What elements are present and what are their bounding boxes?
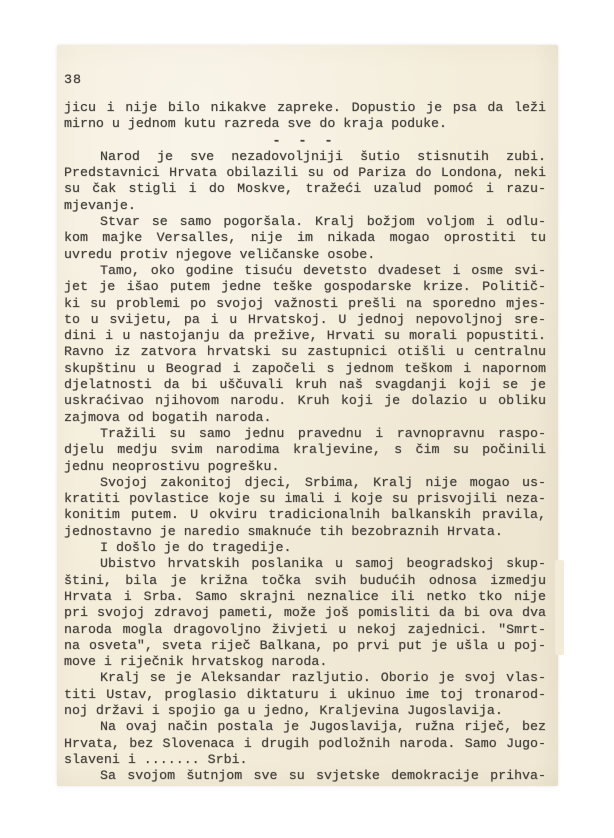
text-line: dini i u nastojanju da prežive, Hrvati s… xyxy=(64,328,546,344)
document-page: 38 jicu i nije bilo nikakve zapreke. Dop… xyxy=(57,45,558,786)
text-line: Hrvata, bez Slovenaca i drugih podložnih… xyxy=(64,736,546,752)
text-line: Narod je sve nezadovoljniji šutio stisnu… xyxy=(100,149,546,165)
text-block: jicu i nije bilo nikakve zapreke. Dopust… xyxy=(64,100,546,784)
text-line: štini, bila je križna točka svih budućih… xyxy=(64,573,546,589)
text-line: konitim putem. U okviru tradicionalnih b… xyxy=(64,507,546,523)
text-line: Ravno iz zatvora hrvatski su zastupnici … xyxy=(64,344,546,360)
text-line: Na ovaj način postala je Jugoslavija, ru… xyxy=(100,719,546,735)
text-line: Svojoj zakonitoj djeci, Srbima, Kralj ni… xyxy=(100,475,546,491)
text-line: Tamo, oko godine tisuću devetsto dvadese… xyxy=(100,263,546,279)
text-line: Stvar se samo pogoršala. Kralj božjom vo… xyxy=(100,214,546,230)
text-line: su čak stigli i do Moskve, tražeći uzalu… xyxy=(64,181,546,197)
text-line: jednostavno je naredio smaknuće tih bezo… xyxy=(64,524,546,540)
text-line: Tražili su samo jednu pravednu i ravnopr… xyxy=(100,426,546,442)
text-line: uskraćivao njihovom narodu. Kruh koji je… xyxy=(64,393,546,409)
text-line: Hrvata i Srba. Samo skrajni neznalice il… xyxy=(64,589,546,605)
text-line: mjevanje. xyxy=(64,198,546,214)
text-line: Sa svojom šutnjom sve su svjetske demokr… xyxy=(100,768,546,784)
text-line: uvredu protiv njegove veličanske osobe. xyxy=(64,247,546,263)
text-line: jednu neoprostivu pogrešku. xyxy=(64,459,546,475)
text-line: mirno u jednom kutu razreda sve do kraja… xyxy=(64,116,546,132)
text-line: Predstavnici Hrvata obilazili su od Pari… xyxy=(64,165,546,181)
text-line: noj državi i spojio ga u jedno, Kraljevi… xyxy=(64,703,546,719)
text-line: jicu i nije bilo nikakve zapreke. Dopust… xyxy=(64,100,546,116)
text-line: jet je išao putem jedne teške gospodarsk… xyxy=(64,279,546,295)
section-separator: - - - xyxy=(64,133,546,149)
text-line: djelu medju svim narodima kraljevine, s … xyxy=(64,442,546,458)
text-line: Kralj se je Aleksandar razljutio. Oborio… xyxy=(100,670,546,686)
text-line: skupštinu u Beograd i započeli s jednom … xyxy=(64,361,546,377)
page-content: 38 jicu i nije bilo nikakve zapreke. Dop… xyxy=(64,45,546,784)
page-number: 38 xyxy=(64,72,546,88)
text-line: slaveni i ....... Srbi. xyxy=(64,752,546,768)
text-line: pri svojoj zdravoj pameti, može još pomi… xyxy=(64,605,546,621)
text-line: titi Ustav, proglasio diktaturu i ukinuo… xyxy=(64,687,546,703)
text-line: move i riječnik hrvatskog naroda. xyxy=(64,654,546,670)
text-line: zajmova od bogatih naroda. xyxy=(64,410,546,426)
text-line: na osveta", sveta riječ Balkana, po prvi… xyxy=(64,638,546,654)
scan-background: 38 jicu i nije bilo nikakve zapreke. Dop… xyxy=(0,0,614,838)
text-line: ki su problemi po svojoj važnosti prešli… xyxy=(64,296,546,312)
text-line: to u svijetu, pa i u Hrvatskoj. U jednoj… xyxy=(64,312,546,328)
text-line: Ubistvo hrvatskih poslanika u samoj beog… xyxy=(100,556,546,572)
text-line: naroda mogla dragovoljno živjeti u nekoj… xyxy=(64,622,546,638)
text-line: kratiti povlastice koje su imali i koje … xyxy=(64,491,546,507)
text-line: I došlo je do tragedije. xyxy=(64,540,546,556)
text-line: kom majke Versalles, nije im nikada moga… xyxy=(64,230,546,246)
text-line: djelatnosti da bi uščuvali kruh naš svag… xyxy=(64,377,546,393)
